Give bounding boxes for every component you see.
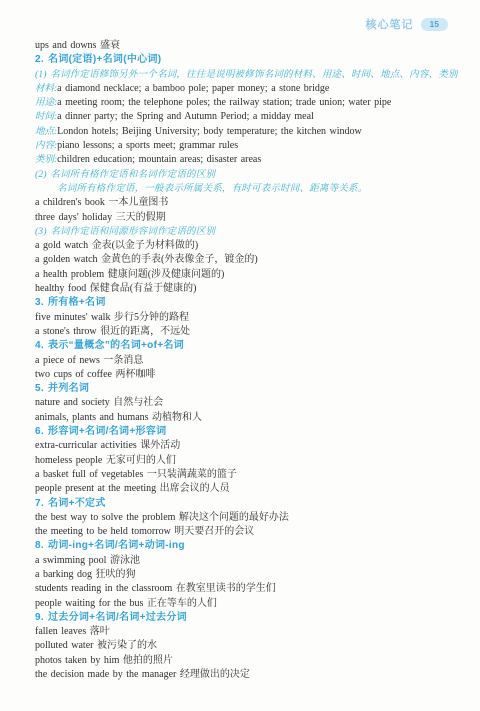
example-text: children education; mountain areas; disa… [57,154,261,165]
example-line: the best way to solve the problem 解决这个问题… [35,511,458,525]
notes-page: 核心笔记 15 ups and downs 盛衰2. 名词(定语)+名词(中心词… [0,0,480,711]
section-heading: 4. 表示“量概念”的名词+of+名词 [35,339,458,353]
example-line: two cups of coffee 两杯咖啡 [35,368,458,382]
example-text: London hotels; Beijing University; body … [57,126,362,137]
example-line: a golden watch 金黄色的手表(外表像金子，镀金的) [35,253,458,267]
example-line: 材料:a diamond necklace; a bamboo pole; pa… [35,82,458,96]
example-text: a meeting room; the telephone poles; the… [57,97,391,108]
page-header: 核心笔记 15 [366,16,448,32]
example-line: 内容:piano lessons; a sports meet; grammar… [35,139,458,153]
example-text: piano lessons; a sports meet; grammar ru… [57,140,238,151]
example-line: a stone's throw 很近的距离，不远处 [35,325,458,339]
category-label: 内容: [35,141,57,151]
example-line: a health problem 健康问题(涉及健康问题的) [35,268,458,282]
section-heading: 9. 过去分词+名词/名词+过去分词 [35,611,458,625]
header-title: 核心笔记 [366,16,414,32]
note-line: (1) 名词作定语修饰另外一个名词，往往是说明被修饰名词的材料、用途、时间、地点… [35,68,458,82]
section-heading: 3. 所有格+名词 [35,296,458,310]
example-line: 用途:a meeting room; the telephone poles; … [35,96,458,110]
example-line: people waiting for the bus 正在等车的人们 [35,597,458,611]
example-line: the decision made by the manager 经理做出的决定 [35,668,458,682]
example-line: 类别:children education; mountain areas; d… [35,153,458,167]
category-label: 时间: [35,112,57,122]
example-text: a diamond necklace; a bamboo pole; paper… [57,83,329,94]
category-label: 材料: [35,84,57,94]
section-heading: 7. 名词+不定式 [35,497,458,511]
example-line: a basket full of vegetables 一只装满蔬菜的篮子 [35,468,458,482]
content-lines: ups and downs 盛衰2. 名词(定语)+名词(中心词)(1) 名词作… [35,39,458,682]
example-line: 地点:London hotels; Beijing University; bo… [35,125,458,139]
note-line: 名词所有格作定语，一般表示所属关系，有时可表示时间、距离等关系。 [35,182,458,196]
example-line: polluted water 被污染了的水 [35,639,458,653]
example-line: animals, plants and humans 动植物和人 [35,411,458,425]
example-line: a swimming pool 游泳池 [35,554,458,568]
example-line: people present at the meeting 出席会议的人员 [35,482,458,496]
section-heading: 5. 并列名词 [35,382,458,396]
category-label: 地点: [35,127,57,137]
example-line: students reading in the classroom 在教室里读书… [35,582,458,596]
example-line: a piece of news 一条消息 [35,354,458,368]
example-line: a barking dog 狂吠的狗 [35,568,458,582]
example-line: photos taken by him 他拍的照片 [35,654,458,668]
category-label: 用途: [35,98,57,108]
section-heading: 6. 形容词+名词/名词+形容词 [35,425,458,439]
example-line: five minutes' walk 步行5分钟的路程 [35,311,458,325]
example-line: three days' holiday 三天的假期 [35,211,458,225]
note-line: (2) 名词所有格作定语和名词作定语的区别 [35,168,458,182]
example-line: homeless people 无家可归的人们 [35,454,458,468]
example-text: a dinner party; the Spring and Autumn Pe… [57,111,314,122]
example-line: a gold watch 金表(以金子为材料做的) [35,239,458,253]
example-line: a children's book 一本儿童图书 [35,196,458,210]
example-line: the meeting to be held tomorrow 明天要召开的会议 [35,525,458,539]
example-line: 时间:a dinner party; the Spring and Autumn… [35,110,458,124]
example-line: ups and downs 盛衰 [35,39,458,53]
category-label: 类别: [35,155,57,165]
example-line: healthy food 保健食品(有益于健康的) [35,282,458,296]
page-number-badge: 15 [421,18,448,31]
section-heading: 2. 名词(定语)+名词(中心词) [35,53,458,67]
section-heading: 8. 动词-ing+名词/名词+动词-ing [35,539,458,553]
note-line: (3) 名词作定语和同源形容词作定语的区别 [35,225,458,239]
example-line: nature and society 自然与社会 [35,396,458,410]
example-line: fallen leaves 落叶 [35,625,458,639]
example-line: extra-curricular activities 课外活动 [35,439,458,453]
